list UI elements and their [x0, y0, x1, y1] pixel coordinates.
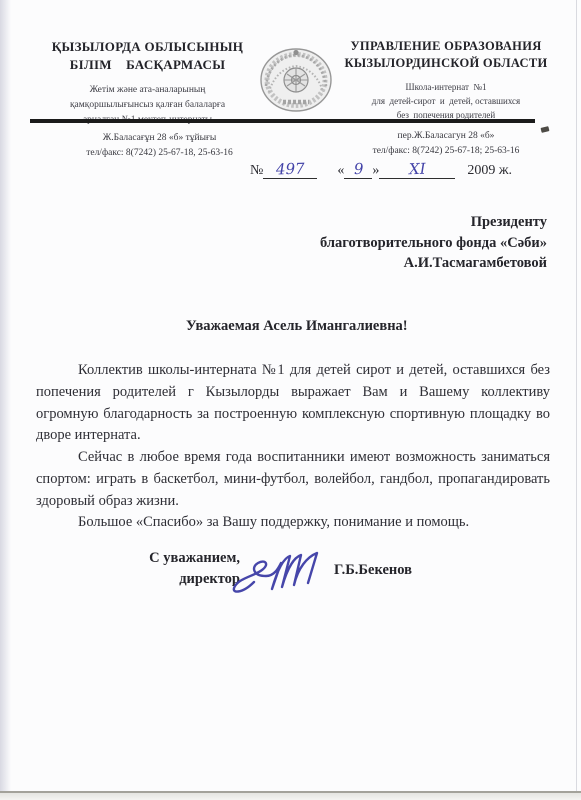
scan-edge-right: [576, 0, 577, 800]
org-title-line: УПРАВЛЕНИЕ ОБРАЗОВАНИЯ: [325, 38, 567, 55]
letterhead-divider-rule: [30, 119, 535, 123]
addressee-block: Президенту благотворительного фонда «Сәб…: [320, 212, 547, 274]
org-subtitle-line: Жетім және ата-аналарының: [30, 83, 265, 98]
year-label: 2009 ж.: [467, 163, 512, 178]
handwritten-number: 497: [276, 160, 305, 179]
org-title-line: БІЛІМ БАСҚАРМАСЫ: [30, 56, 265, 74]
scanned-letter-page: ҚЫЗЫЛОРДА ОБЛЫСЫНЫҢ БІЛІМ БАСҚАРМАСЫ Жет…: [0, 0, 581, 800]
org-title-line: ҚЫЗЫЛОРДА ОБЛЫСЫНЫҢ: [30, 38, 265, 56]
kazakhstan-emblem-icon: [256, 44, 336, 118]
body-paragraph: Сейчас в любое время года воспитанники и…: [36, 447, 550, 512]
address-block-kazakh: Ж.Баласағұн 28 «б» тұйығы тел/факс: 8(72…: [52, 131, 267, 160]
org-subtitle-russian: Школа-интернат №1 для детей-сирот и дете…: [325, 81, 567, 123]
scan-edge-left: [0, 0, 11, 800]
org-subtitle-line: Школа-интернат №1: [325, 81, 567, 95]
address-block-russian: пер.Ж.Баласагун 28 «б» тел/факс: 8(7242)…: [330, 129, 562, 158]
address-line: тел/факс: 8(7242) 25-67-18; 25-63-16: [330, 144, 562, 159]
scan-edge-bottom: [0, 793, 581, 800]
handwritten-month: XI: [409, 160, 426, 179]
salutation: Уважаемая Асель Имангалиевна!: [186, 318, 408, 335]
org-subtitle-line: қамқоршылығынсыз қалған балаларға: [30, 98, 265, 113]
addressee-line: благотворительного фонда «Сәби»: [320, 233, 547, 254]
org-subtitle-line: для детей-сирот и детей, оставшихся: [325, 95, 567, 109]
number-field: 497: [263, 160, 317, 179]
quote-close: »: [372, 163, 379, 178]
body-paragraph: Коллектив школы-интерната №1 для детей с…: [36, 360, 550, 447]
letterhead-left: ҚЫЗЫЛОРДА ОБЛЫСЫНЫҢ БІЛІМ БАСҚАРМАСЫ Жет…: [30, 38, 265, 127]
org-title-kazakh: ҚЫЗЫЛОРДА ОБЛЫСЫНЫҢ БІЛІМ БАСҚАРМАСЫ: [30, 38, 265, 73]
quote-open: «: [337, 163, 344, 178]
day-field: 9: [344, 160, 372, 179]
handwritten-day: 9: [353, 160, 363, 178]
letterhead-right: УПРАВЛЕНИЕ ОБРАЗОВАНИЯ КЫЗЫЛОРДИНСКОЙ ОБ…: [325, 38, 567, 123]
org-title-line: КЫЗЫЛОРДИНСКОЙ ОБЛАСТИ: [325, 55, 567, 72]
letter-body: Коллектив школы-интерната №1 для детей с…: [36, 360, 550, 534]
addressee-line: Президенту: [320, 212, 547, 233]
body-paragraph: Большое «Спасибо» за Вашу поддержку, пон…: [36, 512, 550, 534]
number-label: №: [250, 163, 263, 178]
signatory-name: Г.Б.Бекенов: [334, 562, 412, 579]
address-line: тел/факс: 8(7242) 25-67-18, 25-63-16: [52, 146, 267, 161]
reference-line: №497«9»XI2009 ж.: [250, 160, 512, 179]
address-line: Ж.Баласағұн 28 «б» тұйығы: [52, 131, 267, 146]
month-field: XI: [379, 160, 455, 179]
org-title-russian: УПРАВЛЕНИЕ ОБРАЗОВАНИЯ КЫЗЫЛОРДИНСКОЙ ОБ…: [325, 38, 567, 72]
address-line: пер.Ж.Баласагун 28 «б»: [330, 129, 562, 144]
addressee-line: А.И.Тасмагамбетовой: [320, 253, 547, 274]
handwritten-signature-icon: [224, 536, 336, 606]
